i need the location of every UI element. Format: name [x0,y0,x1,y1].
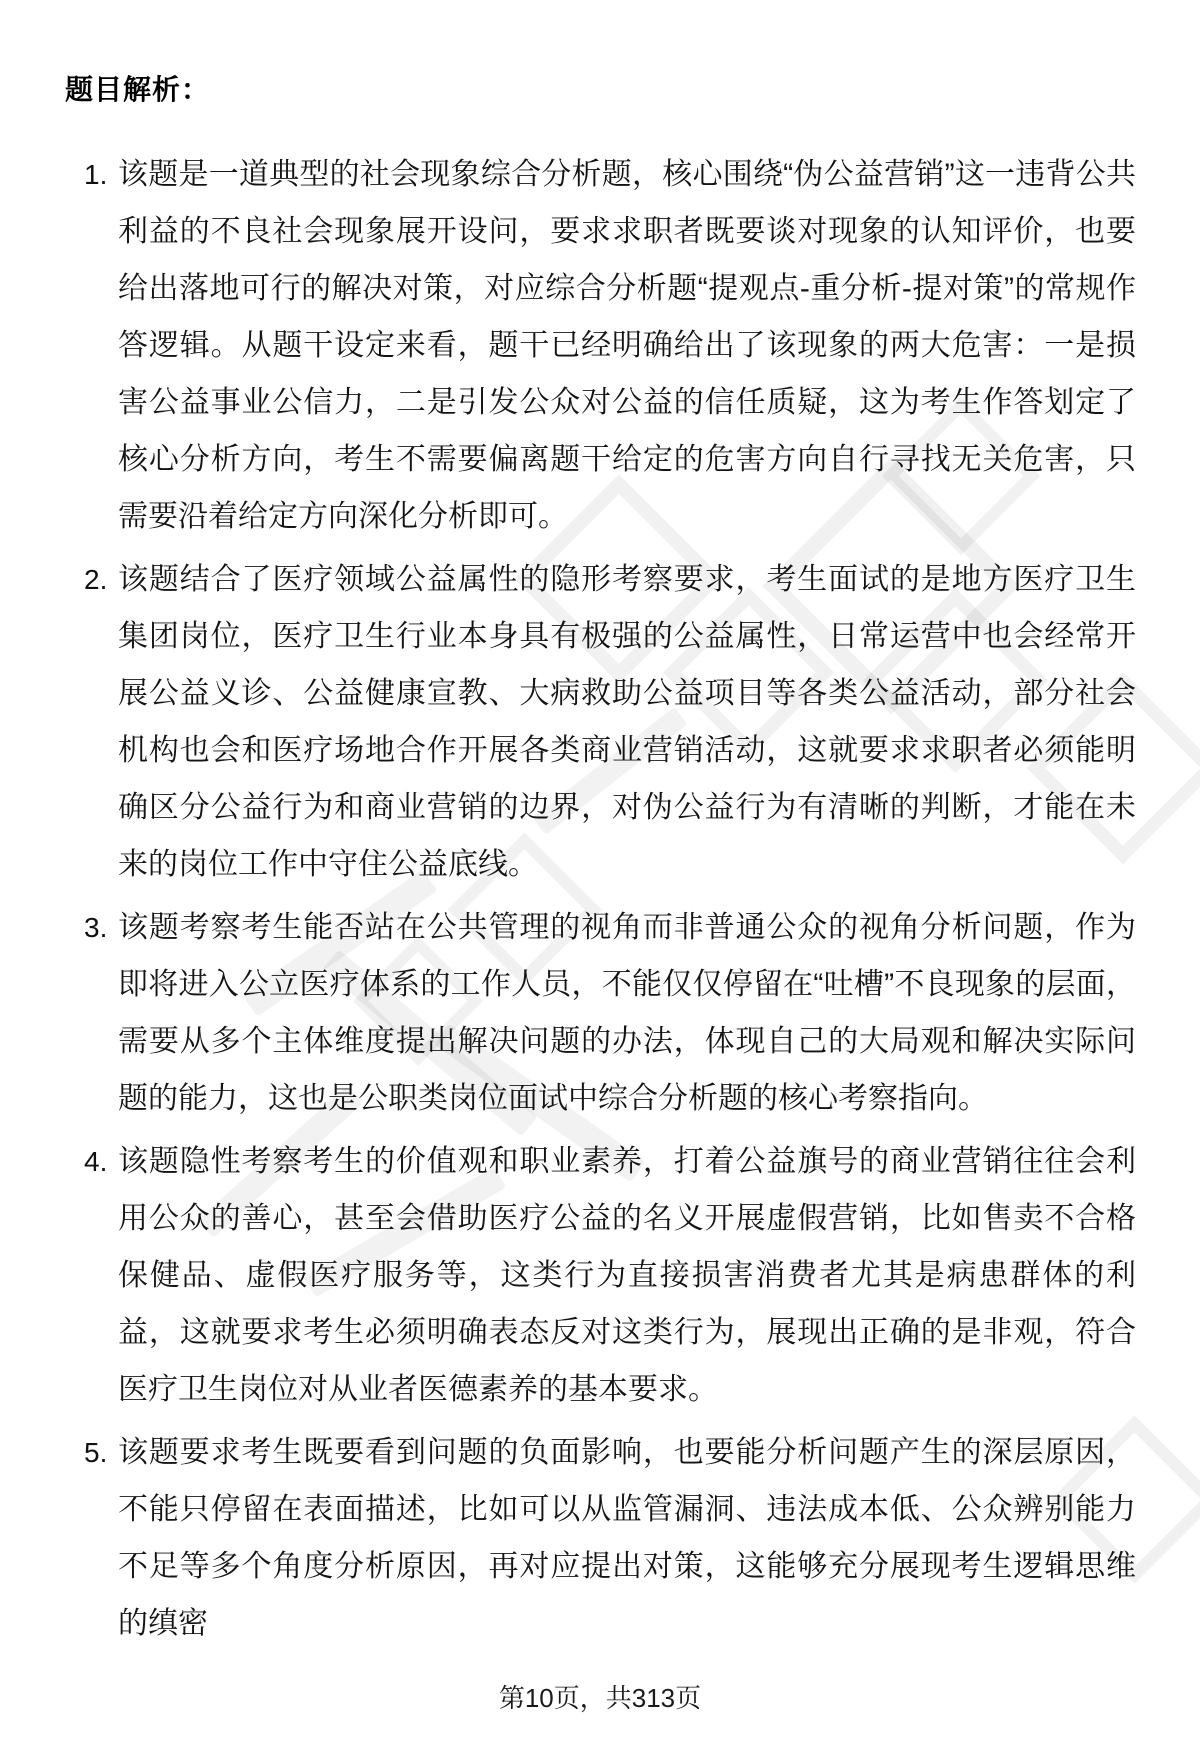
analysis-item: 2.该题结合了医疗领域公益属性的隐形考察要求，考生面试的是地方医疗卫生集团岗位，… [84,551,1136,893]
item-text: 该题考察考生能否站在公共管理的视角而非普通公众的视角分析问题，作为即将进入公立医… [118,899,1136,1127]
item-text: 该题要求考生既要看到问题的负面影响，也要能分析问题产生的深层原因，不能只停留在表… [118,1424,1136,1652]
analysis-item: 4.该题隐性考察考生的价值观和职业素养，打着公益旗号的商业营销往往会利用公众的善… [84,1133,1136,1418]
item-text: 该题隐性考察考生的价值观和职业素养，打着公益旗号的商业营销往往会利用公众的善心，… [118,1133,1136,1418]
page-footer: 第10页，共313页 [0,1678,1200,1715]
item-text: 该题是一道典型的社会现象综合分析题，核心围绕“伪公益营销”这一违背公共利益的不良… [118,146,1136,545]
item-number: 4. [84,1133,118,1418]
item-text: 该题结合了医疗领域公益属性的隐形考察要求，考生面试的是地方医疗卫生集团岗位，医疗… [118,551,1136,893]
analysis-item: 3.该题考察考生能否站在公共管理的视角而非普通公众的视角分析问题，作为即将进入公… [84,899,1136,1127]
analysis-item: 1.该题是一道典型的社会现象综合分析题，核心围绕“伪公益营销”这一违背公共利益的… [84,146,1136,545]
page-title: 题目解析： [65,68,210,108]
item-number: 5. [84,1424,118,1652]
analysis-list: 1.该题是一道典型的社会现象综合分析题，核心围绕“伪公益营销”这一违背公共利益的… [84,146,1136,1658]
item-number: 2. [84,551,118,893]
analysis-item: 5.该题要求考生既要看到问题的负面影响，也要能分析问题产生的深层原因，不能只停留… [84,1424,1136,1652]
item-number: 1. [84,146,118,545]
item-number: 3. [84,899,118,1127]
document-page: 题目解析： 1.该题是一道典型的社会现象综合分析题，核心围绕“伪公益营销”这一违… [0,0,1200,1755]
